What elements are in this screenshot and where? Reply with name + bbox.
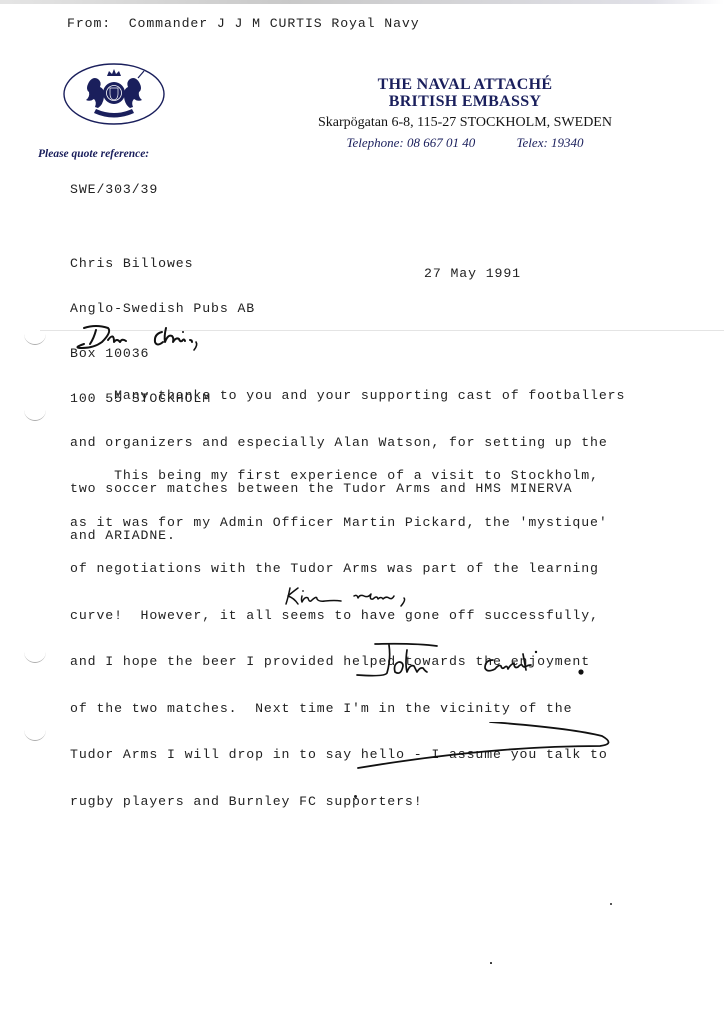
telex-number: Telex: 19340 <box>517 135 584 150</box>
body-line: of negotiations with the Tudor Arms was … <box>70 561 608 577</box>
reference-number: SWE/303/39 <box>70 182 158 197</box>
handwritten-salutation: Dear Chris, <box>70 318 270 358</box>
punch-hole-mark <box>24 730 46 741</box>
handwritten-signature: John Curtis. <box>355 640 595 686</box>
letterhead-contact: Telephone: 08 667 01 40 Telex: 19340 <box>300 134 630 152</box>
body-line: rugby players and Burnley FC supporters! <box>70 794 608 810</box>
letterhead: THE NAVAL ATTACHÉ BRITISH EMBASSY Skarpö… <box>300 76 630 152</box>
scan-speck <box>490 962 492 964</box>
punch-hole-mark <box>24 652 46 663</box>
body-line: of the two matches. Next time I'm in the… <box>70 701 608 717</box>
body-line: as it was for my Admin Officer Martin Pi… <box>70 515 608 531</box>
signature-flourish <box>350 722 620 774</box>
quote-reference-label: Please quote reference: <box>38 148 149 160</box>
letter-date: 27 May 1991 <box>424 266 521 281</box>
body-line: Many thanks to you and your supporting c… <box>70 388 625 404</box>
letterhead-subtitle: BRITISH EMBASSY <box>300 93 630 110</box>
punch-hole-mark <box>24 334 46 345</box>
telephone-number: Telephone: 08 667 01 40 <box>346 135 475 150</box>
scan-speck <box>354 795 357 798</box>
scan-speck <box>610 903 612 905</box>
handwritten-closing: Kind regards, <box>282 582 472 618</box>
scan-edge-shadow <box>0 0 724 4</box>
letterhead-title: THE NAVAL ATTACHÉ <box>300 76 630 93</box>
from-line: From: Commander J J M CURTIS Royal Navy <box>67 16 420 31</box>
letterhead-address: Skarpögatan 6-8, 115-27 STOCKHOLM, SWEDE… <box>300 113 630 133</box>
punch-hole-mark <box>24 410 46 421</box>
royal-coat-of-arms-icon <box>62 62 166 126</box>
recipient-line: Chris Billowes <box>70 256 255 271</box>
body-line: This being my first experience of a visi… <box>70 468 608 484</box>
recipient-line: Anglo-Swedish Pubs AB <box>70 301 255 316</box>
